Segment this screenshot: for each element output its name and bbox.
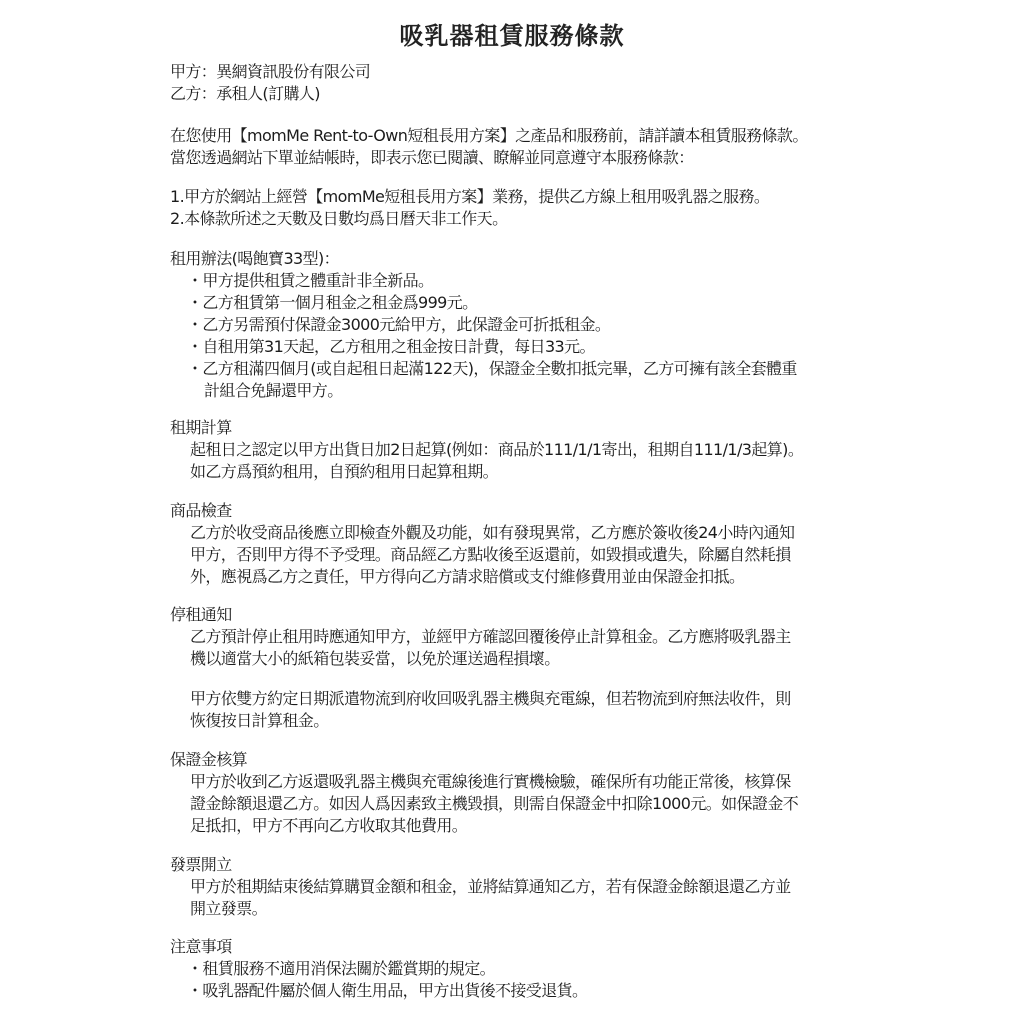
general-clause: 2.本條款所述之天數及日數均爲日曆天非工作天。 [170,208,507,230]
section-heading-stop-notice: 停租通知 [170,604,232,626]
list-item: ・自租用第31天起，乙方租用之租金按日計費，每日33元。 [187,336,595,358]
paragraph-line: 機以適當大小的紙箱包裝妥當，以免於運送過程損壞。 [190,648,560,670]
paragraph-line: 起租日之認定以甲方出貨日加2日起算(例如：商品於111/1/1寄出，租期自111… [190,439,803,461]
section-heading-invoice: 發票開立 [170,854,232,876]
party-a: 甲方：異網資訊股份有限公司 [170,61,370,83]
section-heading-deposit: 保證金核算 [170,749,247,771]
party-b: 乙方：承租人(訂購人) [170,83,320,105]
paragraph-line: 如乙方爲預約租用，自預約租用日起算租期。 [190,461,498,483]
section-heading-rental-method: 租用辦法(喝飽寶33型)： [170,248,339,270]
list-item: ・租賃服務不適用消保法關於鑑賞期的規定。 [187,958,495,980]
paragraph-line: 恢復按日計算租金。 [190,710,329,732]
paragraph-line: 開立發票。 [190,898,267,920]
intro-line: 當您透過網站下單並結帳時，即表示您已閱讀、瞭解並同意遵守本服務條款： [170,147,694,169]
paragraph-line: 足抵扣，甲方不再向乙方收取其他費用。 [190,815,467,837]
paragraph-line: 證金餘額退還乙方。如因人爲因素致主機毀損，則需自保證金中扣除1000元。如保證金… [190,793,798,815]
intro-line: 在您使用【momMe Rent-to-Own短租長用方案】之產品和服務前，請詳讀… [170,125,808,147]
list-item: ・乙方另需預付保證金3000元給甲方，此保證金可折抵租金。 [187,314,610,336]
general-clause: 1.甲方於網站上經營【momMe短租長用方案】業務，提供乙方線上租用吸乳器之服務… [170,186,769,208]
paragraph-line: 甲方於收到乙方返還吸乳器主機與充電線後進行實機檢驗，確保所有功能正常後，核算保 [190,771,791,793]
section-heading-inspection: 商品檢查 [170,500,232,522]
list-item-continued: 計組合免歸還甲方。 [204,380,343,402]
paragraph-line: 乙方於收受商品後應立即檢查外觀及功能，如有發現異常，乙方應於簽收後24小時內通知 [190,522,794,544]
list-item: ・吸乳器配件屬於個人衛生用品，甲方出貨後不接受退貨。 [187,980,587,1002]
list-item: ・乙方租賃第一個月租金之租金爲999元。 [187,292,478,314]
document-title: 吸乳器租賃服務條款 [0,16,1024,51]
paragraph-line: 乙方預計停止租用時應通知甲方，並經甲方確認回覆後停止計算租金。乙方應將吸乳器主 [190,626,791,648]
paragraph-line: 甲方，否則甲方得不予受理。商品經乙方點收後至返還前，如毀損或遺失，除屬自然耗損 [190,544,791,566]
paragraph-line: 甲方依雙方約定日期派遣物流到府收回吸乳器主機與充電線，但若物流到府無法收件，則 [190,688,791,710]
section-heading-rental-period: 租期計算 [170,417,232,439]
paragraph-line: 外，應視爲乙方之責任，甲方得向乙方請求賠償或支付維修費用並由保證金扣抵。 [190,566,744,588]
section-heading-notes: 注意事項 [170,936,232,958]
list-item: ・甲方提供租賃之體重計非全新品。 [187,270,433,292]
paragraph-line: 甲方於租期結束後結算購買金額和租金，並將結算通知乙方，若有保證金餘額退還乙方並 [190,876,791,898]
list-item: ・乙方租滿四個月(或自起租日起滿122天)，保證金全數扣抵完畢，乙方可擁有該全套… [187,358,797,380]
